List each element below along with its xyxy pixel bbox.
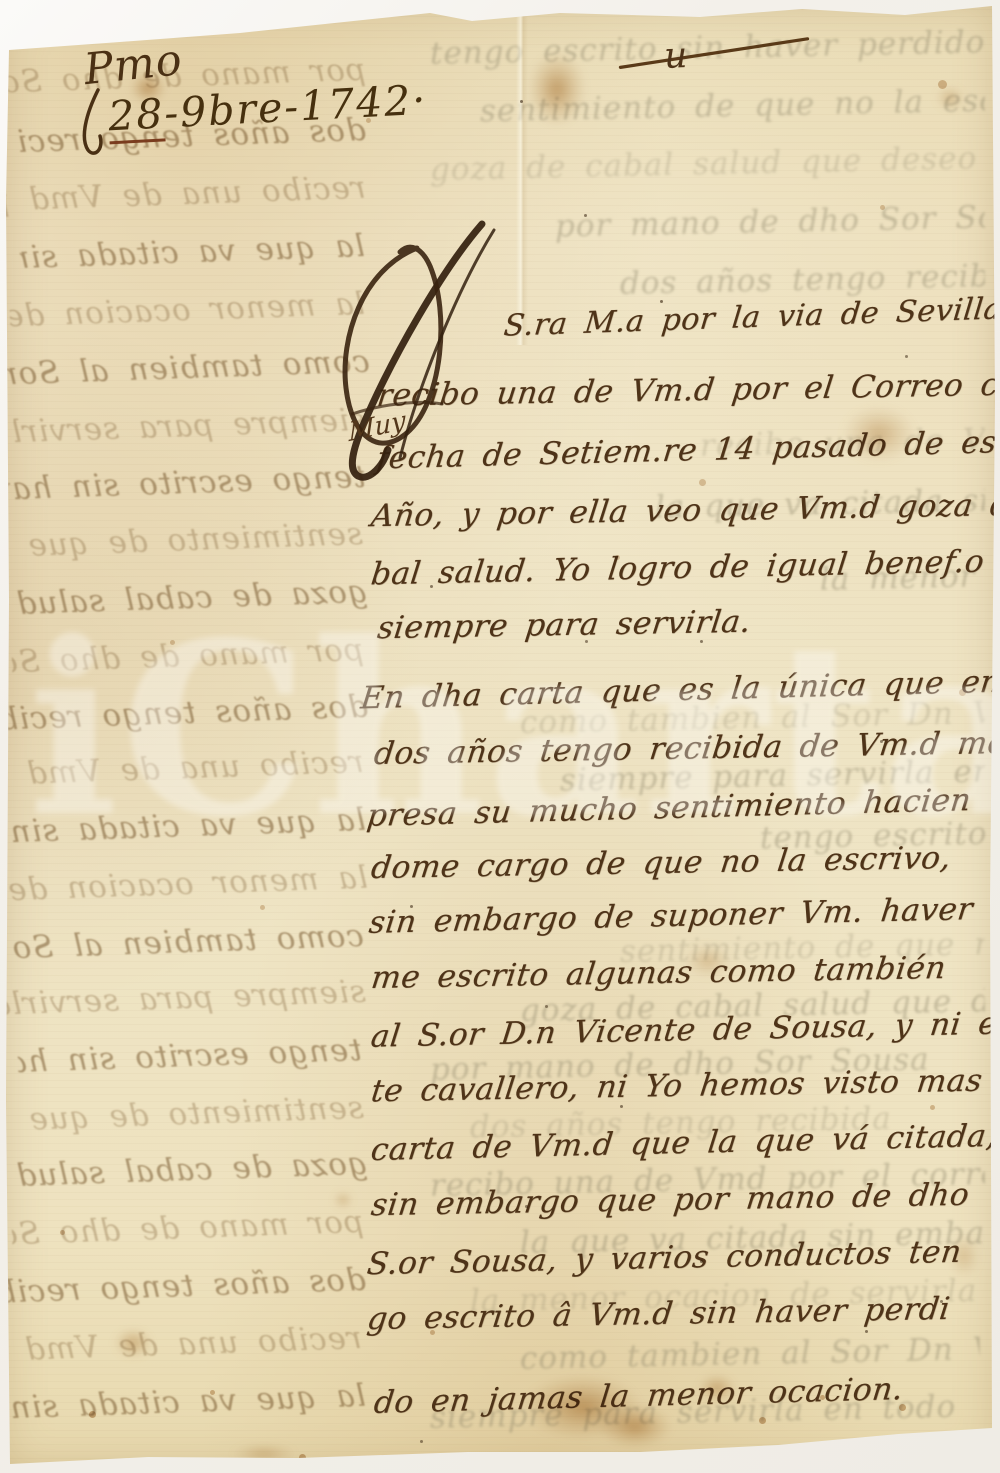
- ink-spatter-dots: [0, 0, 3, 3]
- letter-line: me escrito algunas como también: [369, 950, 948, 996]
- letter-line: dos años tengo recibida de Vm.d me ex: [372, 724, 1000, 772]
- letter-line: te cavallero, ni Yo hemos visto mas: [369, 1063, 984, 1110]
- stain: [598, 1404, 672, 1448]
- abbreviation-flourish: [76, 88, 110, 162]
- letter-line: carta de Vm.d que la que vá citada,: [369, 1118, 999, 1168]
- foxing-speckles: [0, 0, 5, 5]
- tally-letter: u: [663, 35, 688, 77]
- letter-line: En dha carta que es la única que en: [359, 664, 1000, 717]
- scan-background: por mano de dho Sor Sousados años tengo …: [0, 0, 1000, 1473]
- letter-line: bal salud. Yo logro de igual benef.o: [369, 544, 986, 593]
- letter-line: dome cargo de que no la escrivo,: [369, 840, 953, 886]
- stain: [130, 72, 166, 104]
- stain: [684, 944, 732, 978]
- stain: [842, 405, 916, 463]
- letter-line: go escrito â Vm.d sin haver perdi: [365, 1291, 952, 1337]
- stain: [698, 1374, 736, 1402]
- letter-line: sin embargo de suponer Vm. haver: [367, 891, 975, 941]
- letter-line: al S.or D.n Vicente de Sousa, y ni es: [369, 1005, 1000, 1054]
- letter-line: siempre para servirla.: [375, 604, 753, 646]
- stain: [936, 86, 964, 110]
- stain: [528, 52, 586, 126]
- stain: [334, 1192, 352, 1208]
- letter-line: sin embargo que por mano de dho: [369, 1177, 971, 1223]
- stain: [232, 1444, 296, 1464]
- crossed-u-mark: u: [611, 24, 823, 81]
- letter-line: presa su mucho sentimiento hacien: [365, 782, 973, 834]
- manuscript-page: por mano de dho Sor Sousados años tengo …: [0, 0, 1000, 1473]
- stain: [948, 1234, 980, 1278]
- salutation-flourish: [322, 218, 497, 508]
- stain: [114, 1328, 152, 1358]
- letter-line: S.ra M.a por la via de Sevilla: [502, 291, 1000, 343]
- letter-body: S.ra M.a por la via de Sevillarecibo una…: [0, 0, 1000, 1473]
- letter-line: S.or Sousa, y varios conductos ten: [365, 1234, 964, 1282]
